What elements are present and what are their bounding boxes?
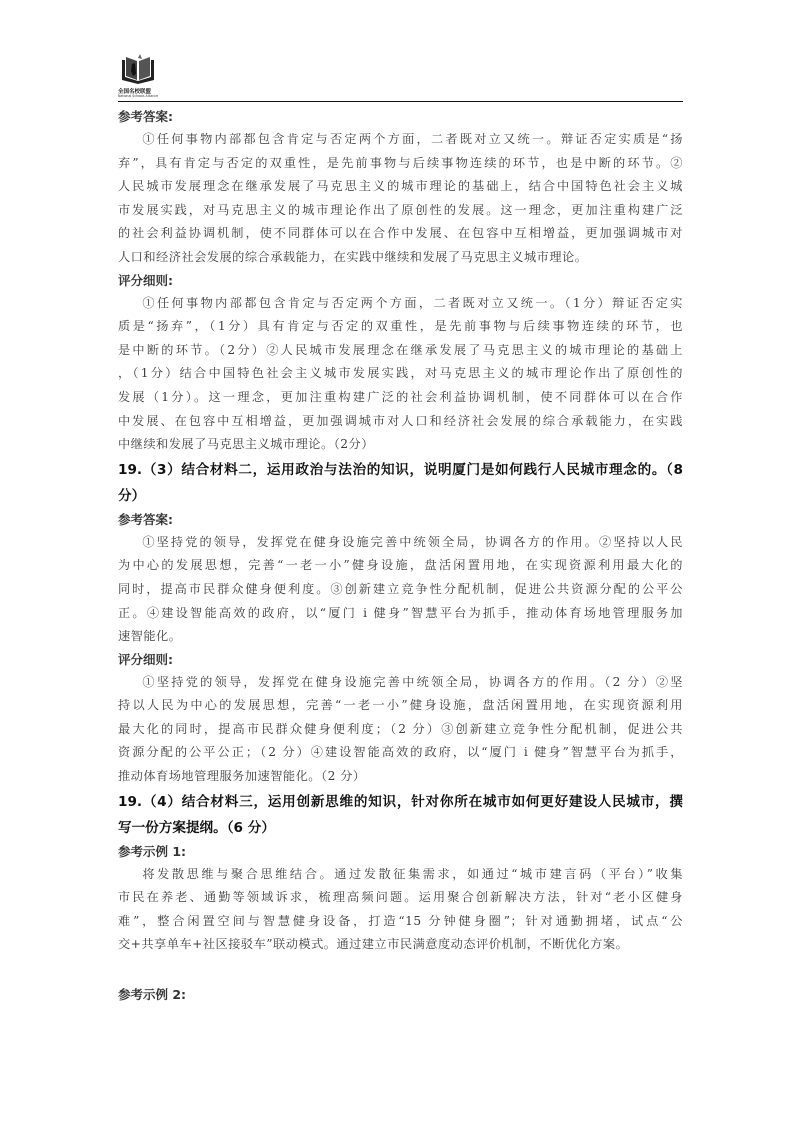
text-line: 持以人民为中心的发展思想，完善“一老一小”健身设施，盘活闲置用地，在实现资源利用	[118, 694, 683, 718]
text-line: 市发展实践，对马克思主义的城市理论作出了原创性的发展。这一理念，更加注重构建广泛	[118, 199, 683, 223]
text-line: 发展（1分）。这一理念，更加注重构建广泛的社会利益协调机制，使不同群体可以在合作	[118, 386, 683, 410]
text-line: 人民城市发展理念在继承发展了马克思主义的城市理论的基础上，结合中国特色社会主义城	[118, 175, 683, 199]
text-line: 最大化的同时，提高市民群众健身便利度；（2 分）③创新建立竞争性分配机制，促进公…	[118, 718, 683, 742]
text-line: 弃”，具有肯定与否定的双重性，是先前事物与后续事物连续的环节，也是中断的环节。②	[118, 152, 683, 176]
question-19-4: 19.（4）结合材料三，运用创新思维的知识，针对你所在城市如何更好建设人民城市，…	[118, 789, 683, 841]
example-1-label: 参考示例 1:	[118, 841, 683, 863]
rubric-text: ①任何事物内部都包含肯定与否定两个方面，二者既对立又统一。（1分）辩证否定实 质…	[118, 292, 683, 457]
open-book-icon	[118, 54, 158, 86]
document-body: 参考答案: ①任何事物内部都包含肯定与否定两个方面，二者既对立又统一。辩证否定实…	[118, 106, 683, 1006]
text-line: ①任何事物内部都包含肯定与否定两个方面，二者既对立又统一。辩证否定实质是“扬	[118, 128, 683, 152]
text-line: 人口和经济社会发展的综合承载能力，在实践中继续和发展了马克思主义城市理论。	[118, 246, 683, 270]
question-line: 19.（3）结合材料二，运用政治与法治的知识，说明厦门是如何践行人民城市理念的。…	[118, 457, 683, 483]
header-divider	[118, 101, 683, 102]
text-line: 中发展、在包容中互相增益，更加强调城市对人口和经济社会发展的综合承载能力，在实践	[118, 410, 683, 434]
text-line: 同时，提高市民群众健身便利度。③创新建立竞争性分配机制，促进公共资源分配的公平公	[118, 578, 683, 602]
rubric-text: ①坚持党的领导，发挥党在健身设施完善中统领全局，协调各方的作用。（2 分）②坚 …	[118, 671, 683, 789]
text-line: 交+共享单车+社区接驳车”联动模式。通过建立市民满意度动态评价机制，不断优化方案…	[118, 933, 683, 957]
text-line: 资源分配的公平公正；（2 分）④建设智能高效的政府，以“厦门 i 健身”智慧平台…	[118, 741, 683, 765]
question-line: 分）	[118, 483, 683, 509]
logo-subtitle: National Schools Alliance	[118, 94, 158, 98]
text-line: 是中断的环节。（2分）②人民城市发展理念在继承发展了马克思主义的城市理论的基础上	[118, 339, 683, 363]
answer-text: ①任何事物内部都包含肯定与否定两个方面，二者既对立又统一。辩证否定实质是“扬 弃…	[118, 128, 683, 270]
text-line: ，（1分）结合中国特色社会主义城市发展实践，对马克思主义的城市理论作出了原创性的	[118, 362, 683, 386]
text-line: 的社会利益协调机制，使不同群体可以在合作中发展、在包容中互相增益，更加强调城市对	[118, 222, 683, 246]
rubric-label: 评分细则:	[118, 649, 683, 671]
text-line: 为中心的发展思想，完善“一老一小”健身设施，盘活闲置用地，在实现资源利用最大化的	[118, 554, 683, 578]
text-line: 推动体育场地管理服务加速智能化。（2 分）	[118, 765, 683, 789]
answer-label: 参考答案:	[118, 509, 683, 531]
rubric-label: 评分细则:	[118, 270, 683, 292]
example-1-text: 将发散思维与聚合思维结合。通过发散征集需求，如通过“城市建言码（平台）”收集 市…	[118, 863, 683, 957]
text-line: 市民在养老、通勤等领域诉求，梳理高频问题。运用聚合创新解决方法，针对“老小区健身	[118, 886, 683, 910]
text-line: 正。④建设智能高效的政府，以“厦门 i 健身”智慧平台为抓手，推动体育场地管理服…	[118, 602, 683, 626]
page-header: 全国名校联盟 National Schools Alliance	[118, 54, 683, 102]
text-line: 难”，整合闲置空间与智慧健身设备，打造“15 分钟健身圈”；针对通勤拥堵，试点“…	[118, 910, 683, 934]
text-line: 将发散思维与聚合思维结合。通过发散征集需求，如通过“城市建言码（平台）”收集	[118, 863, 683, 887]
text-line: 中继续和发展了马克思主义城市理论。（2分）	[118, 433, 683, 457]
text-line: 速智能化。	[118, 625, 683, 649]
text-line: ①坚持党的领导，发挥党在健身设施完善中统领全局，协调各方的作用。②坚持以人民	[118, 531, 683, 555]
text-line: 质是“扬弃”，（1分）具有肯定与否定的双重性，是先前事物与后续事物连续的环节，也	[118, 315, 683, 339]
blank-space	[118, 957, 683, 984]
question-19-3: 19.（3）结合材料二，运用政治与法治的知识，说明厦门是如何践行人民城市理念的。…	[118, 457, 683, 509]
text-line: ①坚持党的领导，发挥党在健身设施完善中统领全局，协调各方的作用。（2 分）②坚	[118, 671, 683, 695]
school-alliance-logo: 全国名校联盟 National Schools Alliance	[118, 54, 162, 100]
text-line: ①任何事物内部都包含肯定与否定两个方面，二者既对立又统一。（1分）辩证否定实	[118, 292, 683, 316]
example-2-label: 参考示例 2:	[118, 984, 683, 1006]
question-line: 写一份方案提纲。（6 分）	[118, 815, 683, 841]
answer-label: 参考答案:	[118, 106, 683, 128]
question-line: 19.（4）结合材料三，运用创新思维的知识，针对你所在城市如何更好建设人民城市，…	[118, 789, 683, 815]
answer-text: ①坚持党的领导，发挥党在健身设施完善中统领全局，协调各方的作用。②坚持以人民 为…	[118, 531, 683, 649]
